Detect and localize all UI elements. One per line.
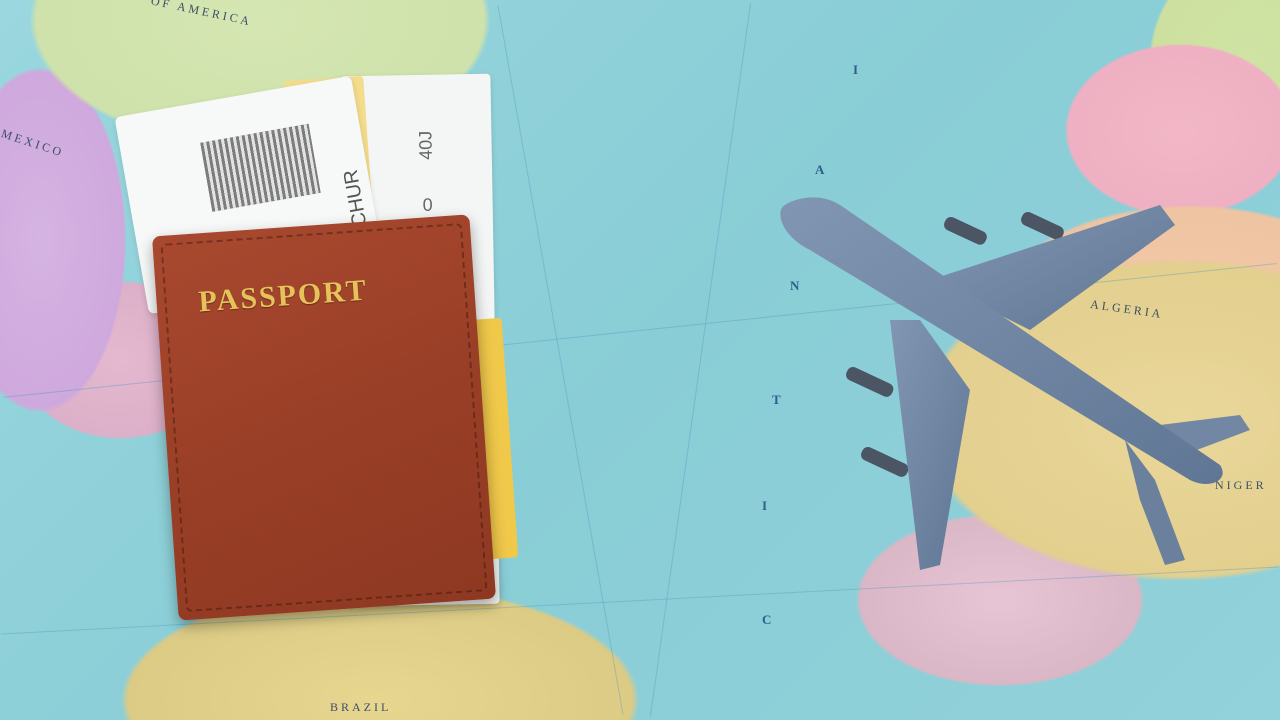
map-gridline: [650, 3, 751, 716]
boarding-pass-digit: 0: [422, 195, 432, 216]
map-label-usa: OF AMERICA: [150, 0, 254, 30]
passport-title: PASSPORT: [197, 274, 368, 320]
boarding-pass-seat: 40J: [415, 131, 437, 160]
ocean-letter: A: [815, 162, 824, 178]
map-label-mexico: MEXICO: [0, 126, 66, 160]
passport-cover: PASSPORT: [152, 214, 496, 620]
map-gridline: [497, 5, 623, 714]
toy-airplane-icon: [770, 180, 1270, 580]
boarding-pass-name: CHUR: [340, 168, 373, 229]
ocean-letter: C: [762, 612, 771, 628]
ocean-letter: I: [853, 62, 858, 78]
map-label-brazil: BRAZIL: [330, 700, 391, 715]
barcode-icon: [200, 124, 320, 212]
ocean-letter: I: [762, 498, 767, 514]
